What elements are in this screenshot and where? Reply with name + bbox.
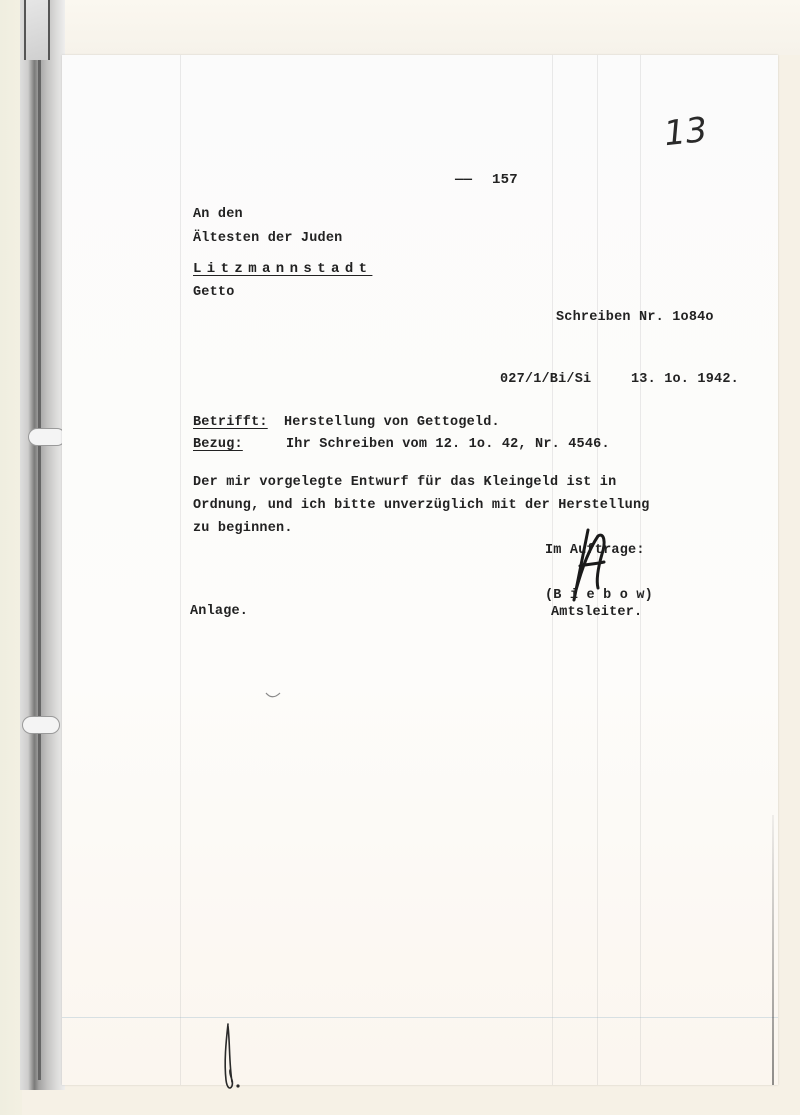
letter-date: 13. 1o. 1942. bbox=[631, 372, 739, 387]
page-number: 157 bbox=[492, 172, 518, 188]
sheet-right-edge-shadow bbox=[772, 815, 774, 1085]
signatory-name: (B i e b o w) bbox=[545, 588, 653, 603]
signatory-title: Amtsleiter. bbox=[551, 605, 642, 620]
reference-code: 027/1/Bi/Si bbox=[500, 372, 591, 387]
subject-label: Betrifft: bbox=[193, 415, 268, 430]
binding-top-corner bbox=[24, 0, 50, 60]
binding-fold-line bbox=[38, 60, 41, 1080]
scan-background-top bbox=[60, 0, 800, 55]
recipient-line-1: An den bbox=[193, 207, 243, 222]
folder-binding bbox=[20, 0, 65, 1090]
body-line-1: Der mir vorgelegte Entwurf für das Klein… bbox=[193, 475, 616, 490]
bottom-crease bbox=[62, 1017, 778, 1018]
fold-line bbox=[180, 55, 181, 1085]
handwritten-folio-number: 13 bbox=[662, 110, 709, 154]
reference-label: Bezug: bbox=[193, 437, 243, 452]
stray-mark-icon bbox=[265, 691, 281, 699]
recipient-line-4: Getto bbox=[193, 285, 235, 300]
letter-number: Schreiben Nr. 1o84o bbox=[556, 310, 714, 325]
letter-sheet bbox=[62, 55, 778, 1085]
binding-clip bbox=[28, 428, 66, 446]
handwritten-initial-icon bbox=[220, 1022, 244, 1092]
recipient-city: Litzmannstadt bbox=[193, 261, 372, 277]
scan-background-left bbox=[0, 0, 22, 1115]
fold-line bbox=[640, 55, 641, 1085]
subject-text: Herstellung von Gettogeld. bbox=[284, 415, 500, 430]
enclosure-note: Anlage. bbox=[190, 604, 248, 619]
body-line-3: zu beginnen. bbox=[193, 521, 293, 536]
reference-text: Ihr Schreiben vom 12. 1o. 42, Nr. 4546. bbox=[286, 437, 610, 452]
binding-clip bbox=[22, 716, 60, 734]
fold-line bbox=[552, 55, 553, 1085]
page-number-dash: —— bbox=[455, 172, 472, 188]
recipient-line-2: Ältesten der Juden bbox=[193, 231, 342, 246]
body-line-2: Ordnung, und ich bitte unverzüglich mit … bbox=[193, 498, 650, 513]
